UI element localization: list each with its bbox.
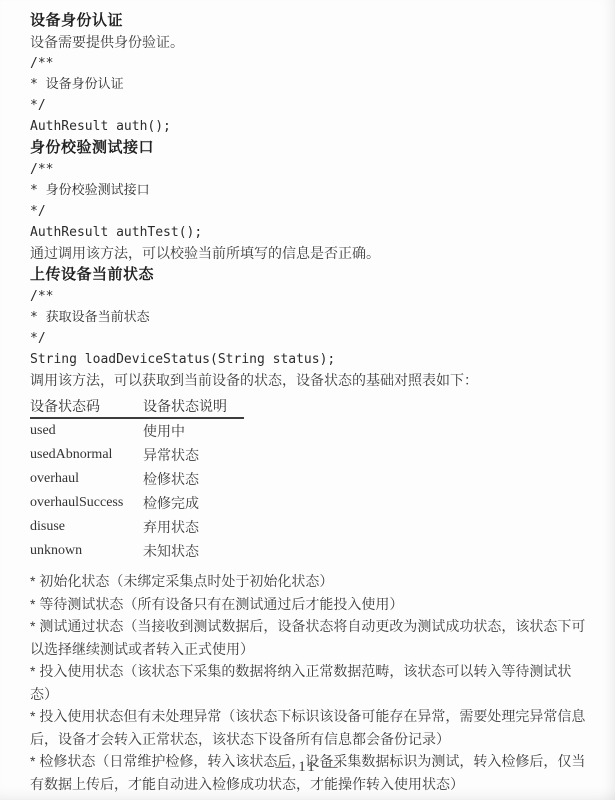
device-status-table: 设备状态码 设备状态说明 used 使用中 usedAbnormal 异常状态 … (30, 395, 244, 563)
document-page: 设备身份认证 设备需要提供身份验证。 /** * 设备身份认证 */ AuthR… (0, 0, 615, 800)
code-line: * 设备身份认证 (30, 74, 587, 95)
status-code-cell: used (30, 424, 143, 438)
column-header-status-desc: 设备状态说明 (143, 399, 244, 413)
table-row: disuse 弃用状态 (30, 515, 244, 539)
code-line: /** (30, 53, 587, 74)
status-desc-cell: 检修状态 (143, 472, 244, 486)
status-desc-cell: 检修完成 (143, 496, 244, 510)
note-item: * 测试通过状态（当接收到测试数据后，设备状态将自动更改为测试成功状态，该状态下… (30, 615, 587, 660)
note-item: * 等待测试状态（所有设备只有在测试通过后才能投入使用） (30, 593, 587, 616)
section-heading-upload-status: 上传设备当前状态 (30, 264, 587, 286)
paragraph-status-note: 调用该方法，可以获取到当前设备的状态，设备状态的基础对照表如下： (30, 370, 587, 391)
column-header-status-code: 设备状态码 (30, 399, 143, 413)
table-row: used 使用中 (30, 419, 244, 443)
status-code-cell: disuse (30, 520, 143, 534)
status-desc-cell: 弃用状态 (143, 520, 244, 534)
page-footer: — 11 — (0, 758, 615, 776)
page-number: — 11 — (276, 759, 340, 775)
table-row: unknown 未知状态 (30, 539, 244, 563)
section-heading-auth-test: 身份校验测试接口 (30, 137, 587, 159)
note-item: * 初始化状态（未绑定采集点时处于初始化状态） (30, 570, 587, 593)
code-line: */ (30, 201, 587, 222)
code-line: /** (30, 159, 587, 180)
code-block-auth-test: /** * 身份校验测试接口 */ AuthResult authTest(); (30, 159, 587, 243)
note-item: * 投入使用状态（该状态下采集的数据将纳入正常数据范畴，该状态可以转入等待测试状… (30, 660, 587, 705)
status-code-cell: unknown (30, 544, 143, 558)
section-heading-device-auth: 设备身份认证 (30, 10, 587, 32)
status-desc-cell: 未知状态 (143, 544, 244, 558)
note-item: * 投入使用状态但有未处理异常（该状态下标识该设备可能存在异常，需要处理完异常信… (30, 705, 587, 750)
code-block-auth: /** * 设备身份认证 */ AuthResult auth(); (30, 53, 587, 137)
table-row: overhaul 检修状态 (30, 467, 244, 491)
table-body: used 使用中 usedAbnormal 异常状态 overhaul 检修状态… (30, 419, 244, 563)
code-line: /** (30, 286, 587, 307)
code-line: */ (30, 328, 587, 349)
paragraph-auth-test-note: 通过调用该方法，可以校验当前所填写的信息是否正确。 (30, 243, 587, 264)
status-desc-cell: 使用中 (143, 424, 244, 438)
code-block-load-status: /** * 获取设备当前状态 */ String loadDeviceStatu… (30, 286, 587, 370)
status-code-cell: usedAbnormal (30, 448, 143, 462)
paragraph-auth-intro: 设备需要提供身份验证。 (30, 32, 587, 53)
status-desc-cell: 异常状态 (143, 448, 244, 462)
status-code-cell: overhaul (30, 472, 143, 486)
code-line: */ (30, 95, 587, 116)
table-row: overhaulSuccess 检修完成 (30, 491, 244, 515)
code-line: AuthResult authTest(); (30, 222, 587, 243)
table-header-row: 设备状态码 设备状态说明 (30, 395, 244, 419)
status-code-cell: overhaulSuccess (30, 496, 143, 510)
table-row: usedAbnormal 异常状态 (30, 443, 244, 467)
code-line: String loadDeviceStatus(String status); (30, 349, 587, 370)
code-line: * 身份校验测试接口 (30, 180, 587, 201)
code-line: AuthResult auth(); (30, 116, 587, 137)
code-line: * 获取设备当前状态 (30, 307, 587, 328)
document-content: 设备身份认证 设备需要提供身份验证。 /** * 设备身份认证 */ AuthR… (0, 0, 615, 795)
